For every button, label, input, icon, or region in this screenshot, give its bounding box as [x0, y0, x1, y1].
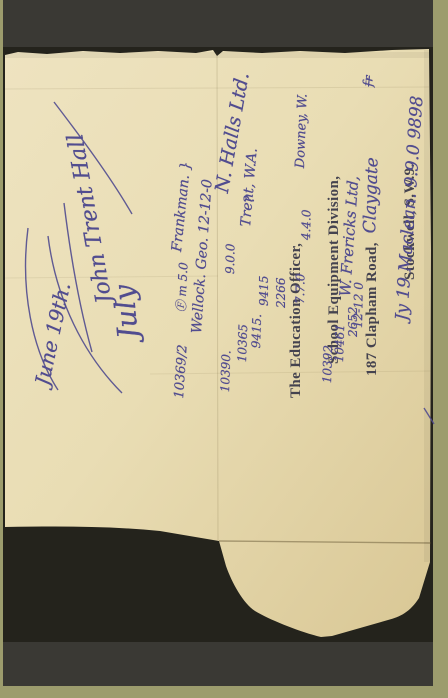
handwritten-query-mark: ?	[243, 195, 257, 203]
handwritten-script-signature: July	[110, 284, 143, 340]
handwritten-ref-10390: 10390.	[219, 350, 232, 392]
handwritten-amount-770: 7.7.0	[294, 273, 307, 304]
handwritten-amount-circled: Ⓕ m 5.0	[175, 262, 190, 313]
handwritten-ref-10392: 10392	[321, 345, 334, 384]
torn-edge-shade	[5, 52, 429, 58]
handwritten-name-downey: Downey, W.	[294, 93, 310, 168]
handwritten-ref-9415b: 9415.	[250, 314, 263, 349]
handwritten-amount-900: 9.0.0	[224, 243, 237, 274]
handwritten-place-note: Claygate	[362, 157, 382, 234]
scanned-envelope-page: The Education Officer, School Equipment …	[0, 0, 448, 698]
handwritten-ref-2652: 2652	[347, 306, 359, 337]
handwritten-ref-10369-2: 10369/2	[173, 344, 190, 399]
handwritten-amount-440: 4.4.0	[300, 209, 313, 240]
handwritten-scratched-word: fr	[362, 75, 376, 87]
handwritten-ref-9415: 9415	[258, 275, 270, 306]
handwritten-ref-2266: 2266	[275, 277, 287, 308]
handwritten-ref-10365: 10365	[236, 324, 249, 363]
handwritten-ref-10461: 10461	[333, 324, 346, 363]
